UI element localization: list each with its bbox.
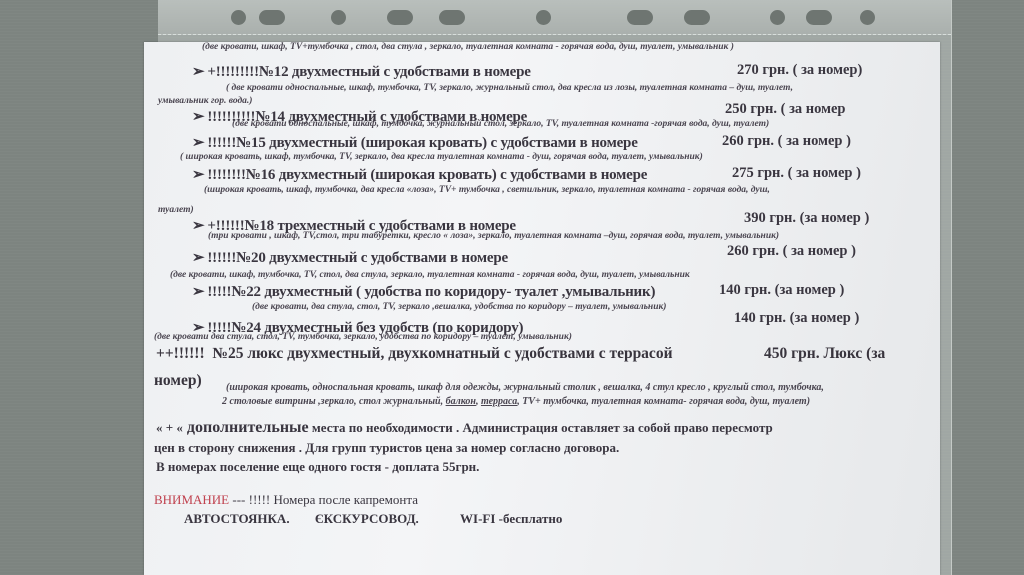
amenities-line: АВТОСТОЯНКА. ЄКСКУРСОВОД. WI-FI -бесплат… bbox=[184, 511, 562, 527]
warning-line: ВНИМАНИЕ --- !!!!! Номера после капремон… bbox=[154, 492, 418, 508]
room-18-price: 390 грн. (за номер ) bbox=[744, 210, 869, 227]
room-12-details: ( две кровати односпальные, шкаф, тумбоч… bbox=[226, 83, 793, 93]
room-18-details: (три кровати , шкаф, TV,стол, три табуре… bbox=[208, 231, 779, 241]
punch-hole bbox=[231, 10, 246, 25]
punch-hole bbox=[536, 10, 551, 25]
bullet-arrow-icon: ➢ bbox=[192, 165, 204, 184]
room-12-title: ➢+!!!!!!!!!№12 двухместный с удобствами … bbox=[192, 62, 531, 81]
price-list-sheet: (две кровати, шкаф, TV+тумбочка , стол, … bbox=[144, 42, 940, 575]
punch-hole bbox=[627, 10, 653, 25]
suite-25-price: 450 грн. Люкс (за bbox=[764, 345, 885, 363]
punch-hole bbox=[439, 10, 465, 25]
room-15-title: ➢!!!!!!№15 двухместный (широкая кровать)… bbox=[192, 133, 638, 152]
amenity-guide: ЄКСКУРСОВОД. bbox=[315, 511, 419, 526]
punch-hole bbox=[806, 10, 832, 25]
bullet-arrow-icon: ➢ bbox=[192, 216, 204, 235]
sleeve-punched-strip bbox=[158, 0, 951, 35]
balcony-text: балкон bbox=[446, 396, 476, 407]
amenity-wifi: WI-FI -бесплатно bbox=[460, 511, 562, 526]
room-14-details: (две кровати односпальные, шкаф, тумбочк… bbox=[232, 119, 769, 129]
bullet-arrow-icon: ➢ bbox=[192, 248, 204, 267]
room-22-title: ➢!!!!!№22 двухместный ( удобства по кори… bbox=[192, 282, 655, 301]
top-room-details: (две кровати, шкаф, TV+тумбочка , стол, … bbox=[202, 42, 734, 52]
room-14-price: 250 грн. ( за номер bbox=[725, 101, 846, 118]
suite-25-price-cont: номер) bbox=[154, 372, 202, 390]
extra-info-line-1: « + « дополнительные места по необходимо… bbox=[156, 419, 773, 437]
suite-25-title: ++!!!!!! №25 люкс двухместный, двухкомна… bbox=[156, 345, 673, 363]
room-15-price: 260 грн. ( за номер ) bbox=[722, 133, 851, 150]
room-22-price: 140 грн. (за номер ) bbox=[719, 282, 844, 299]
amenity-parking: АВТОСТОЯНКА. bbox=[184, 511, 290, 526]
punch-hole bbox=[259, 10, 285, 25]
punch-hole bbox=[331, 10, 346, 25]
terrace-text: терраса bbox=[481, 396, 517, 407]
punch-hole bbox=[860, 10, 875, 25]
room-16-details-cont: туалет) bbox=[158, 205, 194, 215]
extra-info-line-2: цен в сторону снижения . Для групп турис… bbox=[154, 440, 619, 456]
suite-25-details-1: (широкая кровать, односпальная кровать, … bbox=[226, 382, 824, 393]
warning-label: ВНИМАНИЕ bbox=[154, 492, 229, 507]
room-15-details: ( широкая кровать, шкаф, тумбочка, TV, з… bbox=[180, 152, 703, 162]
bullet-arrow-icon: ➢ bbox=[192, 62, 204, 81]
punch-hole bbox=[387, 10, 413, 25]
room-16-title: ➢!!!!!!!!№16 двухместный (широкая кроват… bbox=[192, 165, 647, 184]
extra-info-line-3: В номерах поселение еще одного гостя - д… bbox=[156, 459, 479, 475]
room-20-details: (две кровати, шкаф, тумбочка, TV, стол, … bbox=[170, 270, 690, 280]
bullet-arrow-icon: ➢ bbox=[192, 107, 204, 126]
room-16-price: 275 грн. ( за номер ) bbox=[732, 165, 861, 182]
bullet-arrow-icon: ➢ bbox=[192, 133, 204, 152]
room-24-details: (две кровати два стула, стол, TV, тумбоч… bbox=[154, 332, 572, 342]
room-20-price: 260 грн. ( за номер ) bbox=[727, 243, 856, 260]
punch-hole bbox=[684, 10, 710, 25]
room-12-price: 270 грн. ( за номер) bbox=[737, 62, 862, 79]
bullet-arrow-icon: ➢ bbox=[192, 282, 204, 301]
room-22-details: (две кровати, два стула, стол, TV, зерка… bbox=[252, 302, 666, 312]
room-24-price: 140 грн. (за номер ) bbox=[734, 310, 859, 327]
punch-hole bbox=[770, 10, 785, 25]
room-12-details-cont: умывальник гор. вода.) bbox=[158, 96, 252, 106]
suite-25-details-2: 2 столовые витрины ,зеркало, стол журнал… bbox=[222, 396, 810, 407]
room-16-details: (широкая кровать, шкаф, тумбочка, два кр… bbox=[204, 185, 770, 195]
room-20-title: ➢!!!!!!№20 двухместный с удобствами в но… bbox=[192, 248, 508, 267]
